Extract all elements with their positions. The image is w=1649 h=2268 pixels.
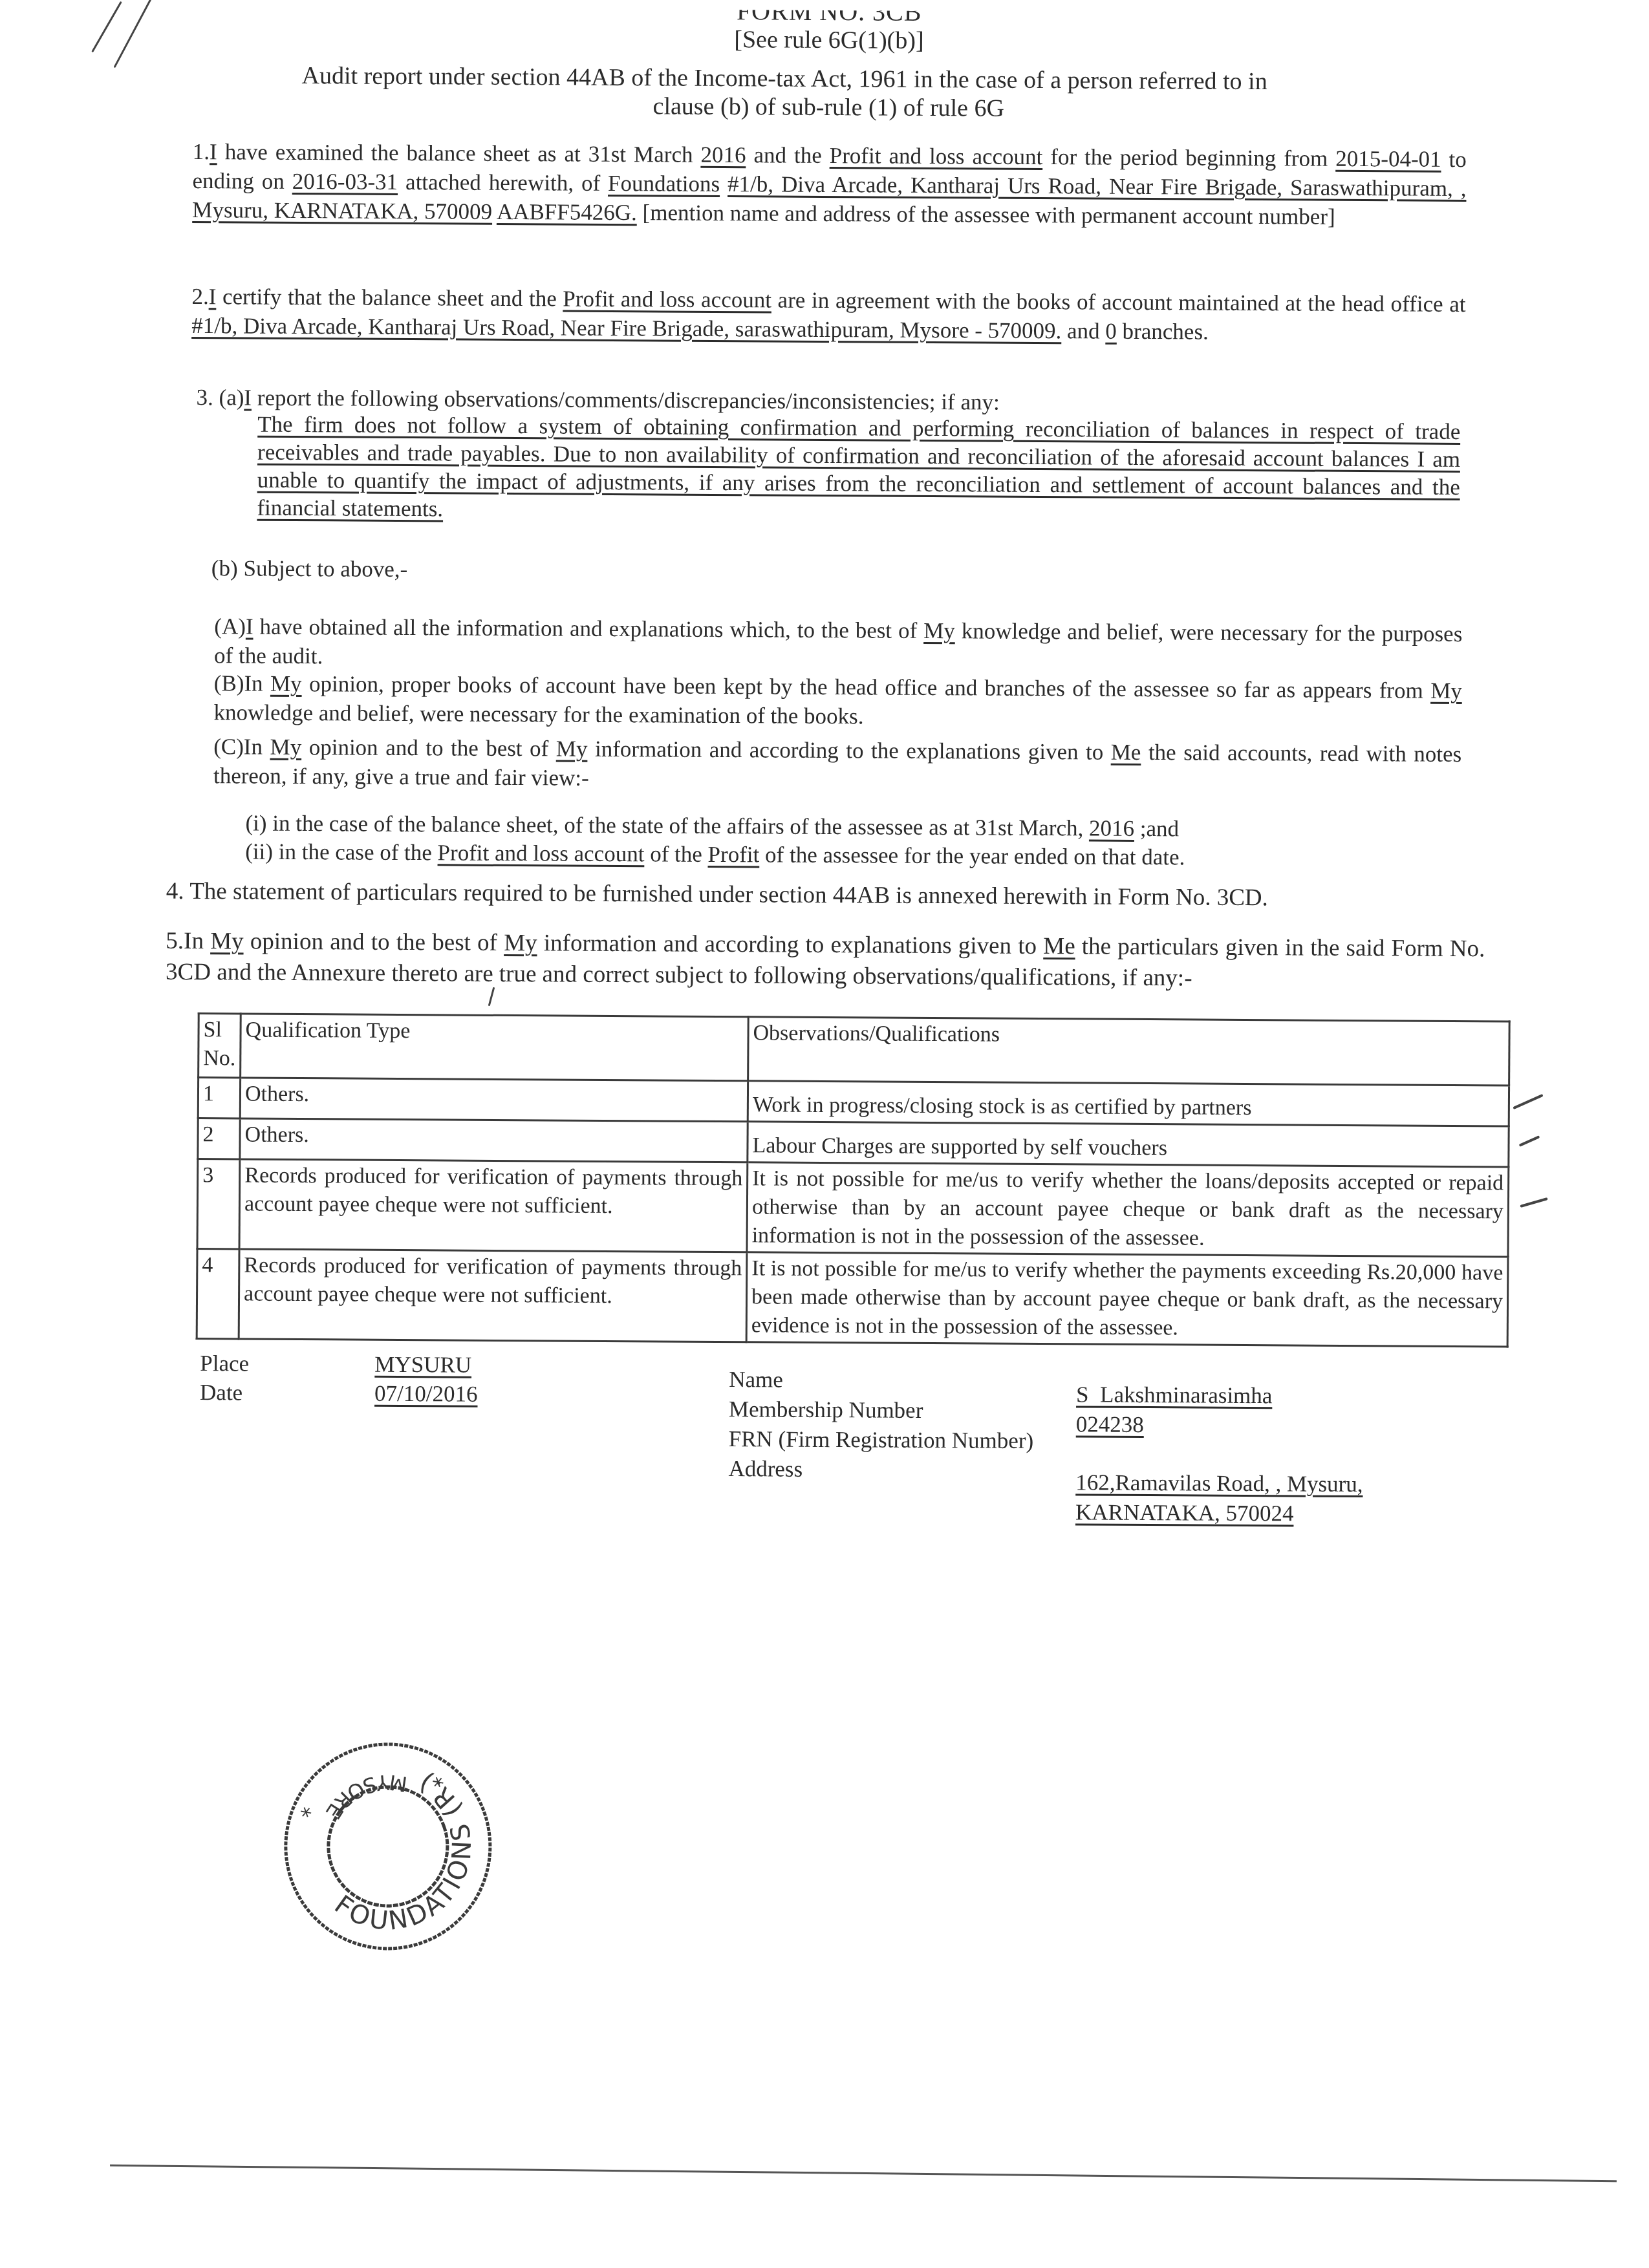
filled-account-type: Profit and loss account	[830, 143, 1043, 169]
text: branches.	[1117, 319, 1209, 345]
text: (ii) in the case of the	[245, 839, 438, 866]
filled-pronoun: My	[270, 671, 302, 696]
address-label: Address	[728, 1454, 803, 1484]
filled-pronoun: My	[556, 736, 588, 761]
filled-account-type: Profit and loss account	[438, 840, 645, 866]
auditor-name: S Lakshminarasimha	[1076, 1380, 1273, 1410]
text: and	[1061, 318, 1105, 343]
text: ;and	[1134, 816, 1179, 841]
filled-pronoun: I	[246, 614, 253, 639]
text: opinion and to the best of	[244, 928, 504, 956]
scanned-page: FORM NO. 3CB [See rule 6G(1)(b)] Audit r…	[0, 0, 1649, 2268]
row-sl: 3	[197, 1159, 240, 1249]
date-value: 07/10/2016	[374, 1379, 478, 1409]
para-number: 1.	[193, 139, 210, 164]
place-label: Place	[200, 1349, 249, 1378]
row-type: Records produced for verification of pay…	[239, 1249, 747, 1342]
paragraph-3b: (b) Subject to above,-	[211, 553, 1375, 590]
filled-pronoun: My	[270, 734, 301, 760]
filled-branch-count: 0	[1105, 319, 1117, 344]
report-title-clause: clause (b) of sub-rule (1) of rule 6G	[4, 87, 1649, 128]
filled-period-start: 2015-04-01	[1335, 146, 1441, 172]
text: attached herewith, of	[398, 169, 608, 196]
filled-pronoun: I	[209, 284, 217, 309]
row-sl: 4	[197, 1249, 239, 1339]
text: opinion and to the best of	[301, 734, 556, 761]
stamp-seal-icon: FOUNDATIONS (R.) MYSORE * *	[277, 1736, 499, 1957]
text: (i) in the case of the balance sheet, of…	[245, 811, 1089, 841]
text: [mention name and address of the assesse…	[637, 200, 1335, 230]
row-sl: 2	[198, 1118, 240, 1159]
membership-label: Membership Number	[729, 1395, 923, 1425]
text: have obtained all the information and ex…	[253, 614, 924, 643]
text: opinion, proper books of account have be…	[302, 671, 1431, 703]
filled-profit-loss: Profit	[708, 842, 760, 867]
filled-pan: AABFF5426G.	[497, 199, 637, 225]
text: information and according to the explana…	[587, 736, 1111, 765]
filled-pronoun: I	[210, 139, 217, 164]
membership-number: 024238	[1076, 1409, 1144, 1439]
para-number: 2.	[191, 284, 208, 309]
row-type: Others.	[240, 1118, 748, 1162]
clause-A: (A)I have obtained all the information a…	[214, 612, 1463, 678]
filled-pronoun: I	[244, 385, 252, 411]
row-observation: It is not possible for me/us to verify w…	[746, 1252, 1508, 1347]
paragraph-5: 5.In My opinion and to the best of My in…	[166, 926, 1485, 996]
filled-pronoun: Me	[1111, 740, 1141, 765]
table-header-row: Sl No. Qualification Type Observations/Q…	[199, 1014, 1510, 1086]
paragraph-1: 1.I have examined the balance sheet as a…	[192, 137, 1467, 232]
svg-text:*: *	[298, 1802, 317, 1830]
row-observation: Labour Charges are supported by self vou…	[748, 1122, 1509, 1167]
svg-text:MYSORE: MYSORE	[312, 1759, 418, 1830]
para-number: 3. (a)	[196, 385, 244, 410]
row-sl: 1	[198, 1078, 240, 1118]
text: and the	[746, 142, 830, 168]
clause-label: (B)In	[214, 670, 270, 696]
clause-label: (C)In	[213, 734, 270, 760]
date-label: Date	[200, 1378, 242, 1407]
text: of the	[644, 841, 707, 867]
paragraph-2: 2.I certify that the balance sheet and t…	[191, 282, 1466, 348]
filled-pronoun: My	[504, 930, 537, 956]
text: are in agreement with the books of accou…	[771, 287, 1466, 317]
qualifications-table: Sl No. Qualification Type Observations/Q…	[196, 1012, 1511, 1347]
place-value: MYSURU	[374, 1350, 471, 1380]
observation-text: The firm does not follow a system of obt…	[257, 411, 1460, 529]
filled-pronoun: Me	[1043, 933, 1075, 959]
filled-account-type: Profit and loss account	[563, 286, 771, 313]
text: information and according to explanation…	[537, 930, 1044, 959]
filled-year: 2016	[1089, 816, 1134, 841]
clause-C: (C)In My opinion and to the best of My i…	[213, 732, 1462, 798]
filled-period-end: 2016-03-31	[292, 169, 398, 195]
text: of the assessee for the year ended on th…	[759, 842, 1185, 870]
header-sl-no: Sl No.	[199, 1014, 241, 1078]
para-number: 5.In	[166, 928, 210, 954]
row-type: Others.	[240, 1078, 748, 1122]
clause-B: (B)In My opinion, proper books of accoun…	[213, 669, 1462, 734]
clause-label: (A)	[214, 614, 246, 639]
row-observation: Work in progress/closing stock is as cer…	[748, 1081, 1509, 1126]
frn-label: FRN (Firm Registration Number)	[729, 1424, 1034, 1455]
text: knowledge and belief, were necessary for…	[213, 700, 863, 729]
firm-stamp: FOUNDATIONS (R.) MYSORE * *	[277, 1736, 499, 1957]
filled-observation: The firm does not follow a system of obt…	[257, 412, 1460, 522]
row-observation: It is not possible for me/us to verify w…	[747, 1162, 1509, 1257]
text: have examined the balance sheet as at 31…	[217, 139, 701, 167]
filled-year: 2016	[700, 142, 746, 167]
filled-pronoun: My	[1430, 678, 1462, 703]
text: certify that the balance sheet and the	[216, 284, 563, 311]
table-row: 4 Records produced for verification of p…	[197, 1249, 1508, 1347]
paragraph-4: 4. The statement of particulars required…	[166, 877, 1485, 914]
filled-head-office-address: #1/b, Diva Arcade, Kantharaj Urs Road, N…	[191, 313, 1061, 343]
header-qualification-type: Qualification Type	[241, 1014, 749, 1081]
row-type: Records produced for verification of pay…	[239, 1159, 748, 1252]
text: for the period beginning from	[1042, 144, 1335, 171]
filled-pronoun: My	[210, 928, 244, 954]
filled-assessee-name: Foundations	[608, 171, 720, 197]
filled-pronoun: My	[923, 618, 955, 643]
name-label: Name	[729, 1365, 783, 1395]
auditor-address: 162,Ramavilas Road, , Mysuru, KARNATAKA,…	[1075, 1468, 1490, 1530]
table-row: 3 Records produced for verification of p…	[197, 1159, 1509, 1257]
header-observations: Observations/Qualifications	[748, 1017, 1510, 1086]
stamp-top-text: MYSORE	[312, 1759, 418, 1830]
